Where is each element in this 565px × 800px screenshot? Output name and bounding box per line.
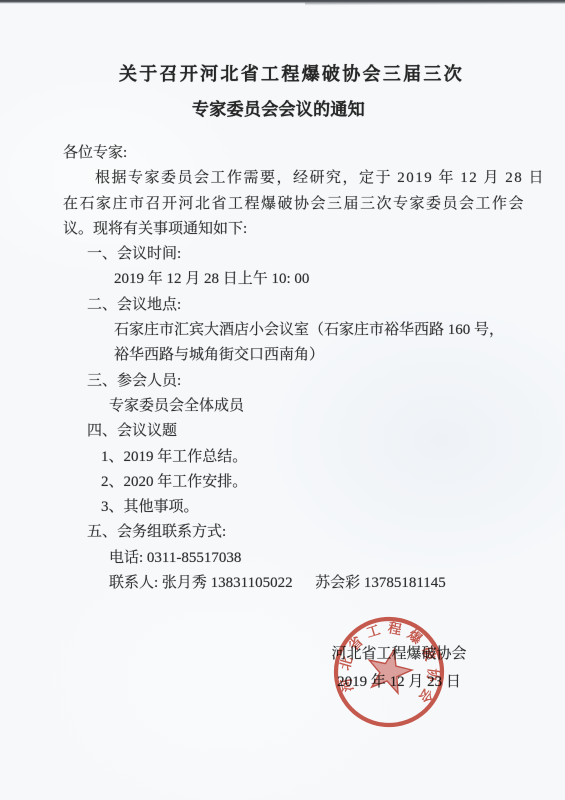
meeting-location-line-2: 裕华西路与城角街交口西南角） bbox=[0, 343, 565, 368]
attendees: 专家委员会全体成员 bbox=[0, 394, 565, 419]
section-3-heading: 三、参会人员: bbox=[0, 369, 565, 394]
contact-persons: 联系人: 张月秀 13831105022 苏会彩 13785181145 bbox=[0, 571, 565, 596]
section-1-heading: 一、会议时间: bbox=[0, 242, 565, 267]
scan-edge-artifact-right bbox=[305, 1, 565, 5]
notice-title: 关于召开河北省工程爆破协会三届三次 专家委员会会议的通知 bbox=[0, 56, 565, 128]
intro-line-1: 根据专家委员会工作需要，经研究，定于 2019 年 12 月 28 日 bbox=[0, 166, 565, 191]
section-4-heading: 四、会议议题 bbox=[0, 419, 565, 444]
notice-title-line-2: 专家委员会会议的通知 bbox=[0, 92, 561, 128]
intro-line-3: 议。现将有关事项通知如下: bbox=[0, 217, 565, 242]
intro-line-2: 在石家庄市召开河北省工程爆破协会三届三次专家委员会工作会 bbox=[0, 192, 565, 217]
agenda-item-1: 1、2019 年工作总结。 bbox=[0, 445, 565, 470]
section-5-heading: 五、会务组联系方式: bbox=[0, 520, 565, 545]
meeting-location-line-1: 石家庄市汇宾大酒店小会议室（石家庄市裕华西路 160 号， bbox=[0, 318, 565, 343]
notice-body: 各位专家: 根据专家委员会工作需要，经研究，定于 2019 年 12 月 28 … bbox=[0, 141, 565, 596]
scanned-notice-page: 关于召开河北省工程爆破协会三届三次 专家委员会会议的通知 各位专家: 根据专家委… bbox=[0, 0, 565, 800]
agenda-item-3: 3、其他事项。 bbox=[0, 495, 565, 520]
seal-star-icon bbox=[363, 645, 415, 695]
notice-title-line-1: 关于召开河北省工程爆破协会三届三次 bbox=[9, 56, 565, 92]
contact-phone: 电话: 0311-85517038 bbox=[0, 546, 565, 571]
section-2-heading: 二、会议地点: bbox=[0, 293, 565, 318]
agenda-item-2: 2、2020 年工作安排。 bbox=[0, 470, 565, 495]
official-seal: 河北省工程爆破协会 bbox=[314, 597, 464, 747]
salutation: 各位专家: bbox=[0, 141, 565, 166]
meeting-time: 2019 年 12 月 28 日上午 10: 00 bbox=[0, 267, 565, 292]
